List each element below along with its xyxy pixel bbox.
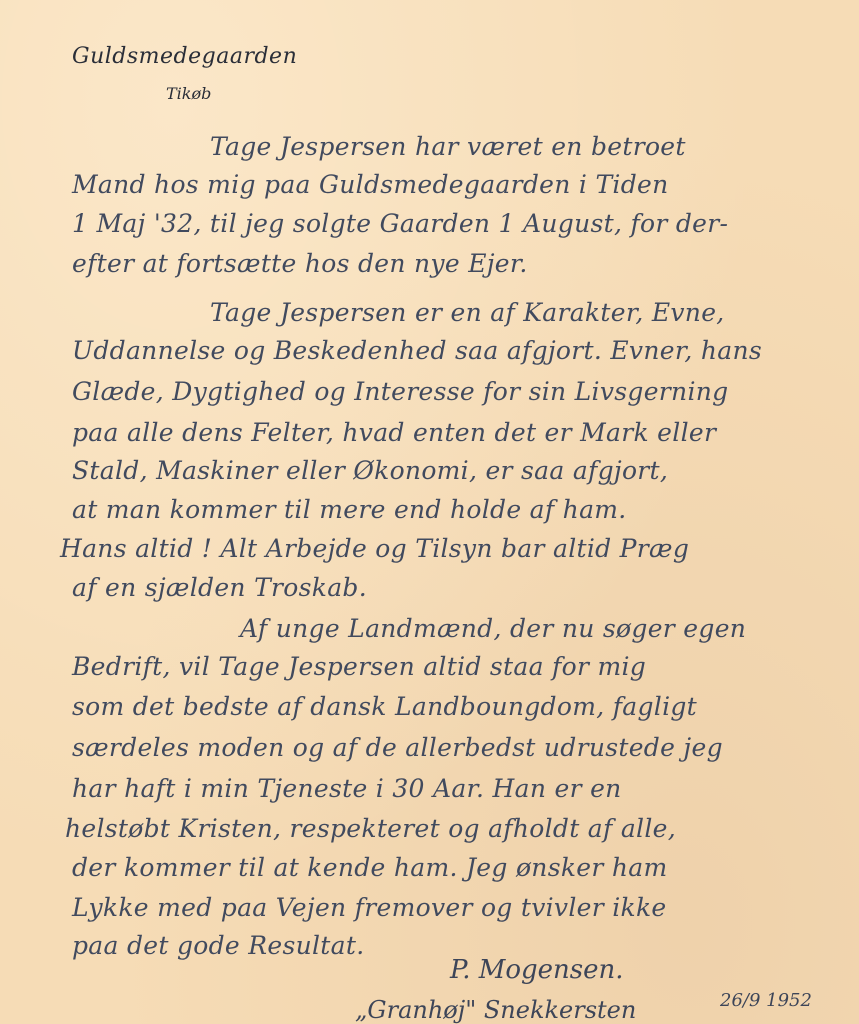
handwritten-letter: Guldsmedegaarden Tikøb Tage Jespersen ha… bbox=[0, 0, 859, 1024]
letter-line: efter at fortsætte hos den nye Ejer. bbox=[72, 249, 528, 278]
letter-line: paa det gode Resultat. bbox=[72, 931, 364, 960]
letter-line: at man kommer til mere end holde af ham. bbox=[72, 495, 627, 524]
signature: P. Mogensen. bbox=[450, 955, 624, 985]
letter-line: Mand hos mig paa Guldsmedegaarden i Tide… bbox=[72, 170, 669, 199]
letter-line: Stald, Maskiner eller Økonomi, er saa af… bbox=[72, 456, 668, 485]
letter-line: Af unge Landmænd, der nu søger egen bbox=[240, 614, 746, 643]
letter-line: Glæde, Dygtighed og Interesse for sin Li… bbox=[72, 377, 728, 406]
letterhead-title: Guldsmedegaarden bbox=[72, 44, 297, 69]
letter-line: Tage Jespersen er en af Karakter, Evne, bbox=[210, 298, 725, 327]
letter-line: helstøbt Kristen, respekteret og afholdt… bbox=[65, 814, 676, 843]
letter-line: særdeles moden og af de allerbedst udrus… bbox=[72, 733, 723, 762]
letter-line: der kommer til at kende ham. Jeg ønsker … bbox=[72, 853, 667, 882]
letter-line: som det bedste af dansk Landboungdom, fa… bbox=[72, 692, 697, 721]
letter-line: Tage Jespersen har været en betroet bbox=[210, 132, 686, 161]
letter-line: Uddannelse og Beskedenhed saa afgjort. E… bbox=[72, 336, 762, 365]
signature-place: „Granhøj" Snekkersten bbox=[355, 996, 636, 1024]
signature-date: 26/9 1952 bbox=[720, 990, 812, 1011]
letter-line: har haft i min Tjeneste i 30 Aar. Han er… bbox=[72, 774, 622, 803]
letter-line: Lykke med paa Vejen fremover og tvivler … bbox=[72, 893, 667, 922]
letter-line: Bedrift, vil Tage Jespersen altid staa f… bbox=[72, 652, 646, 681]
letterhead-place: Tikøb bbox=[166, 84, 211, 103]
letter-line: af en sjælden Troskab. bbox=[72, 573, 367, 602]
letter-line: Hans altid ! Alt Arbejde og Tilsyn bar a… bbox=[60, 534, 689, 563]
letter-line: 1 Maj '32, til jeg solgte Gaarden 1 Augu… bbox=[72, 209, 728, 238]
letter-line: paa alle dens Felter, hvad enten det er … bbox=[72, 418, 716, 447]
